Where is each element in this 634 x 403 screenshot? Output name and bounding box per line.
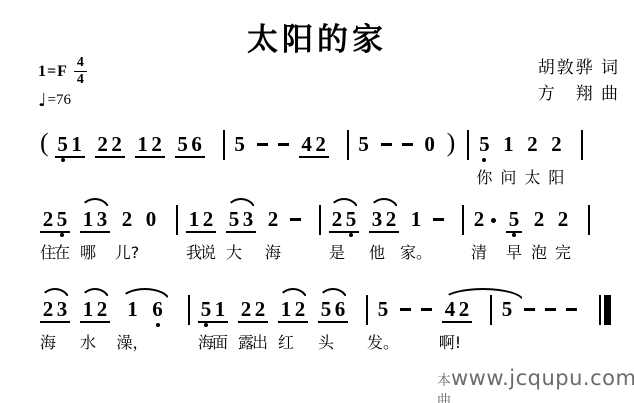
lyric-text: 水 [80, 333, 96, 353]
note-digit: 2 [111, 134, 122, 154]
note-units: 3他2 [369, 209, 399, 233]
slur-arc [40, 288, 70, 301]
note-group: 51 [55, 134, 85, 158]
rest-note: 0 [146, 209, 157, 229]
note-units: 2住5在 [40, 209, 70, 233]
note-units: 1哪3 [80, 209, 110, 233]
note-units: 4啊!2 [442, 299, 472, 323]
note-digit: 2说 [203, 209, 214, 229]
duration-dash [545, 308, 556, 311]
note-group: 1我2说 [186, 209, 216, 233]
barline [319, 205, 321, 235]
note-group: 2清 [472, 209, 496, 230]
note-group: 5大3 [226, 209, 256, 233]
lyric-text: 出 [252, 333, 268, 353]
lyric-text: 太 [524, 168, 540, 188]
note-group: 1红2 [278, 299, 308, 323]
lyric-text: 头 [318, 333, 334, 353]
duration-dash [421, 308, 432, 311]
note-digit: 5 [358, 134, 369, 154]
note-units: 2完 [556, 209, 570, 230]
note-units: 42 [299, 134, 329, 158]
duration-dash [278, 143, 289, 146]
note-units: 0 [423, 134, 437, 155]
duration-dash [566, 308, 577, 311]
note-units: 5你 [477, 134, 491, 155]
note-units: 1水2 [80, 299, 110, 323]
note-units: 1澡，6 [120, 299, 170, 320]
duration-dash [433, 218, 444, 221]
note-group: 0 [423, 134, 437, 155]
final-barline-thin [599, 295, 601, 325]
note-units: 5 [233, 134, 247, 155]
note-digit: 3 [57, 299, 68, 319]
note-digit: 1 [137, 134, 148, 154]
duration-dash [290, 218, 301, 221]
lyric-text: 是 [329, 243, 345, 263]
note-digit: 2 [151, 134, 162, 154]
note-group: 1问 [501, 134, 515, 155]
note-units: 2阳 [549, 134, 563, 155]
note-units: 5早 [506, 209, 522, 233]
duration-dash [402, 143, 413, 146]
duration-dash [524, 308, 535, 311]
note-digit: 2 [97, 134, 108, 154]
duration-dash [381, 143, 392, 146]
note-group: 2海 [266, 209, 280, 230]
note-digit: 5 [177, 134, 188, 154]
note-digit: 2出 [255, 299, 266, 319]
note-digit: 2 [459, 299, 470, 319]
rest-note: 0 [424, 134, 435, 154]
low-octave-dot [204, 323, 208, 327]
score-line-2: 2住5在1哪32儿?01我2说5大32海2是53他21家。2清5早2泡2完 [40, 209, 598, 235]
low-octave-dot [349, 233, 353, 237]
lyric-text: 海 [40, 333, 56, 353]
note-units: 5 [500, 299, 514, 320]
note-digit: 5 [346, 209, 357, 229]
note-group: 2太 [525, 134, 539, 155]
low-octave-dot [61, 158, 65, 162]
note-units: 2太 [525, 134, 539, 155]
lyric-text: 海 [265, 243, 281, 263]
final-barline-thick [604, 295, 611, 325]
note-units: 2儿? [120, 209, 134, 230]
duration-dash [400, 308, 411, 311]
note-group: 2泡 [532, 209, 546, 230]
note-digit: 2太 [527, 134, 538, 154]
watermark: 本曲 www.jcqupu.com [437, 366, 634, 403]
note-digit: 5 [57, 134, 68, 154]
lyric-text: 泡 [531, 243, 547, 263]
lyric-text: 啊! [439, 333, 461, 353]
note-digit: 2 [97, 299, 108, 319]
lyric-text: 发。 [367, 333, 399, 353]
note-digit: 1哪 [83, 209, 94, 229]
note-digit: 5大 [229, 209, 240, 229]
lyric-text: 红 [278, 333, 294, 353]
slur-arc [226, 198, 256, 211]
phrase-paren: ( [40, 131, 49, 155]
note-group: 1澡，6 [120, 299, 170, 320]
note-units: 5发。 [376, 299, 390, 320]
note-units: 1我2说 [186, 209, 216, 233]
note-group: 5 [357, 134, 371, 155]
note-units: 5 [357, 134, 371, 155]
note-group: 42 [299, 134, 329, 158]
slur-arc [369, 198, 399, 211]
note-digit: 2海 [43, 299, 54, 319]
augmentation-dot [491, 218, 496, 223]
note-group: 5头6 [318, 299, 348, 323]
slur-arc [80, 198, 110, 211]
score-area: (5122125654250)5你1问2太2阳2住5在1哪32儿?01我2说5大… [0, 0, 634, 403]
watermark-prefix: 本曲 [437, 370, 451, 403]
lyric-text: 大 [226, 243, 242, 263]
note-digit: 1红 [281, 299, 292, 319]
note-group: 2露2出 [238, 299, 268, 323]
lyric-text: 早 [506, 243, 522, 263]
note-units: 2海3 [40, 299, 70, 323]
note-group: 56 [175, 134, 205, 158]
note-units: 5海1面 [198, 299, 228, 323]
slur-arc [120, 288, 170, 301]
barline [347, 130, 349, 160]
note-group: 5你 [477, 134, 491, 155]
slur-arc [442, 288, 524, 301]
note-units: 51 [55, 134, 85, 158]
note-group: 12 [135, 134, 165, 158]
note-group: 4啊!2 [442, 299, 472, 323]
barline [581, 130, 583, 160]
note-digit: 2儿? [122, 209, 133, 229]
note-digit: 1面 [215, 299, 226, 319]
low-octave-dot [156, 323, 160, 327]
note-group: 3他2 [369, 209, 399, 233]
note-units: 0 [144, 209, 158, 230]
note-digit: 2是 [332, 209, 343, 229]
note-units: 2清 [472, 209, 496, 230]
note-units: 2海 [266, 209, 280, 230]
note-group: 2阳 [549, 134, 563, 155]
barline [366, 295, 368, 325]
note-units: 5大3 [226, 209, 256, 233]
note-digit: 2 [315, 134, 326, 154]
note-digit: 4啊! [445, 299, 456, 319]
note-digit: 3他 [372, 209, 383, 229]
note-digit: 5 [502, 299, 513, 319]
note-digit: 6 [152, 299, 163, 319]
note-group: 2是5 [329, 209, 359, 233]
barline [188, 295, 190, 325]
slur-arc [318, 288, 348, 301]
lyric-text: 他 [369, 243, 385, 263]
lyric-text: 在 [54, 243, 70, 263]
note-units: 12 [135, 134, 165, 158]
note-digit: 5在 [57, 209, 68, 229]
note-digit: 2泡 [534, 209, 545, 229]
lyric-text: 哪 [80, 243, 96, 263]
note-group: 2住5在 [40, 209, 70, 233]
low-octave-dot [60, 233, 64, 237]
lyric-text: 清 [471, 243, 487, 263]
low-octave-dot [512, 233, 516, 237]
note-group: 2海3 [40, 299, 70, 323]
note-digit: 1水 [83, 299, 94, 319]
note-digit: 4 [301, 134, 312, 154]
note-digit: 5 [234, 134, 245, 154]
note-digit: 5发。 [378, 299, 389, 319]
note-units: 2泡 [532, 209, 546, 230]
note-digit: 3 [243, 209, 254, 229]
lyric-text: 家。 [400, 243, 432, 263]
note-digit: 5头 [321, 299, 332, 319]
note-group: 2完 [556, 209, 570, 230]
note-group: 5 [500, 299, 514, 320]
note-digit: 2住 [43, 209, 54, 229]
score-line-1: (5122125654250)5你1问2太2阳 [40, 134, 591, 160]
note-digit: 2阳 [551, 134, 562, 154]
note-group: 1水2 [80, 299, 110, 323]
lyric-text: 儿? [115, 243, 140, 263]
note-group: 1家。 [409, 209, 423, 230]
duration-dash [257, 143, 268, 146]
score-line-3: 2海31水21澡，65海1面2露2出1红25头65发。4啊!25 [40, 299, 611, 325]
note-units: 1问 [501, 134, 515, 155]
note-digit: 1我 [189, 209, 200, 229]
note-digit: 1家。 [411, 209, 422, 229]
lyric-text: 说 [200, 243, 216, 263]
note-digit: 5你 [479, 134, 490, 154]
lyric-text: 你 [476, 168, 492, 188]
lyric-text: 完 [555, 243, 571, 263]
note-digit: 2海 [268, 209, 279, 229]
note-group: 22 [95, 134, 125, 158]
phrase-paren: ) [447, 131, 456, 155]
note-group: 5海1面 [198, 299, 228, 323]
note-digit: 1 [71, 134, 82, 154]
note-units: 5头6 [318, 299, 348, 323]
note-digit: 3 [97, 209, 108, 229]
note-digit: 2露 [241, 299, 252, 319]
note-units: 1家。 [409, 209, 423, 230]
note-units: 56 [175, 134, 205, 158]
note-group: 2儿? [120, 209, 134, 230]
note-digit: 2完 [558, 209, 569, 229]
note-group: 1哪3 [80, 209, 110, 233]
barline [467, 130, 469, 160]
note-group: 5 [233, 134, 247, 155]
slur-arc [80, 288, 110, 301]
barline [176, 205, 178, 235]
barline [223, 130, 225, 160]
slur-arc [278, 288, 308, 301]
low-octave-dot [482, 158, 486, 162]
slur-arc [329, 198, 359, 211]
note-digit: 6 [191, 134, 202, 154]
final-barline [599, 295, 611, 325]
note-digit: 6 [335, 299, 346, 319]
note-units: 2露2出 [238, 299, 268, 323]
watermark-url: www.jcqupu.com [451, 366, 634, 390]
note-digit: 2 [386, 209, 397, 229]
barline [462, 205, 464, 235]
lyric-text: 澡， [116, 333, 148, 353]
lyric-text: 面 [212, 333, 228, 353]
note-group: 5发。 [376, 299, 390, 320]
note-group: 5早 [506, 209, 522, 233]
note-digit: 5早 [509, 209, 520, 229]
note-digit: 2清 [474, 209, 485, 229]
lyric-text: 问 [500, 168, 516, 188]
note-digit: 1问 [503, 134, 514, 154]
note-units: 1红2 [278, 299, 308, 323]
note-digit: 2 [295, 299, 306, 319]
note-digit: 1澡， [127, 299, 138, 319]
note-digit: 5海 [201, 299, 212, 319]
barline [588, 205, 590, 235]
lyric-text: 阳 [548, 168, 564, 188]
note-units: 22 [95, 134, 125, 158]
note-units: 2是5 [329, 209, 359, 233]
note-group: 0 [144, 209, 158, 230]
